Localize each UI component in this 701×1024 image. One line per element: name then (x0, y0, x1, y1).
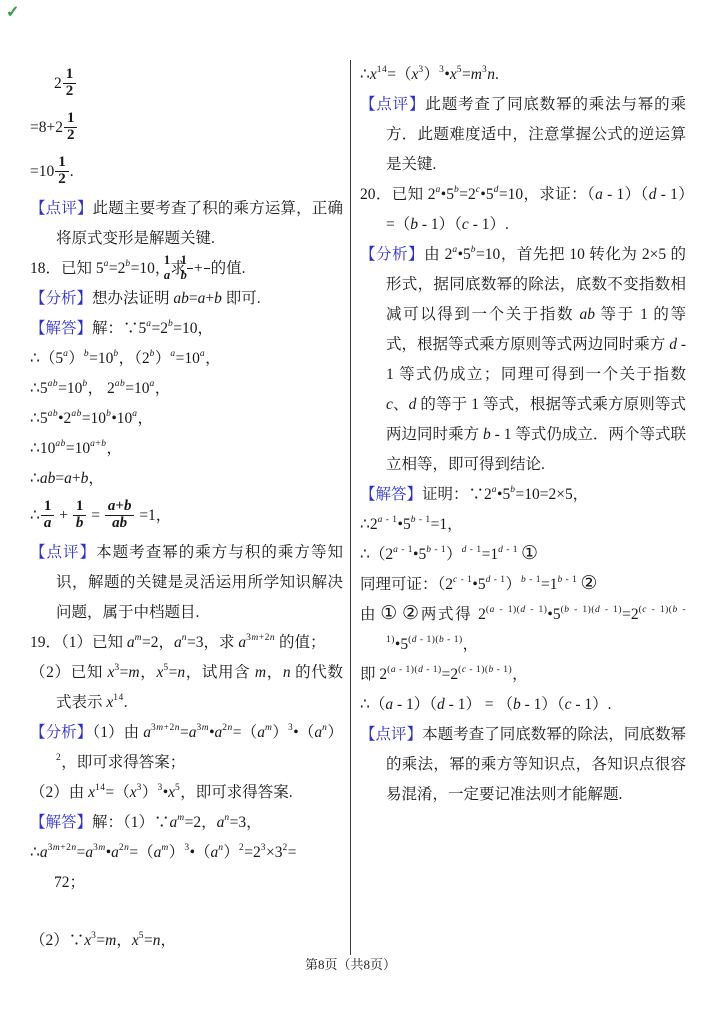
section-label: 【解答】 (30, 320, 92, 337)
section-label: 【点评】 (360, 726, 422, 743)
fraction: 12 (63, 67, 77, 101)
expr-continuation: 212=8+212=1012. (30, 62, 343, 194)
math-block: ∴x14=（x3）3•x5=m3n. (360, 60, 686, 90)
text-line: ∴x14=（x3）3•x5=m3n. (360, 60, 686, 90)
fraction: 1b (204, 254, 210, 282)
section-label: 【点评】 (30, 544, 96, 561)
text-line: =1012. (30, 150, 343, 194)
left-column: 212=8+212=1012.【点评】此题主要考查了积的乘方运算，正确将原式变形… (30, 62, 343, 956)
text-line: 由①②两式得 2(a - 1)(d - 1)•5(b - 1)(d - 1)=2… (360, 600, 686, 660)
text-line: 【点评】此题主要考查了积的乘方运算，正确将原式变形是解题关键. (30, 194, 343, 254)
text-line: 【点评】本题考查幂的乘方与积的乘方等知识，解题的关键是灵活运用所学知识解决问题，… (30, 538, 343, 628)
text-line: ∴1a + 1b = a+bab =1， (30, 494, 343, 538)
text-line: 18．已知 5a=2b=10，求1a+1b的值. (30, 254, 343, 284)
problem-20: 20．已知 2a•5b=2c•5d=10，求证：（a - 1）（d - 1）=（… (360, 180, 686, 240)
text-line: ∴（5a）b=10b，（2b）a=10a， (30, 344, 343, 374)
circled-number: ② (402, 602, 421, 624)
check-icon: ✓ (6, 2, 19, 22)
fraction: 12 (64, 111, 78, 145)
text-line: ∴5ab=10b， 2ab=10a， (30, 374, 343, 404)
problem-19: 19．（1）已知 am=2，an=3，求 a3m+2n 的值； (30, 628, 343, 658)
text-line: （2）已知 x3=m，x5=n，试用含 m，n 的代数式表示 x14. (30, 658, 343, 718)
text-line: ∴（a - 1）（d - 1） = （b - 1）（c - 1）. (360, 690, 686, 720)
fraction: 1a (187, 254, 193, 282)
text-line: 同理可证：（2c - 1•5d - 1）b - 1=1b - 1② (360, 570, 686, 600)
fraction: 12 (55, 155, 69, 189)
section-label: 【分析】 (30, 290, 92, 307)
paragraph: （2）已知 x3=m，x5=n，试用含 m，n 的代数式表示 x14. (30, 658, 343, 718)
text-line: ∴10ab=10a+b， (30, 434, 343, 464)
text-line: ∴a3m+2n=a3m•a2n=（am）3•（an）2=23×32= (30, 838, 343, 868)
circled-number: ① (380, 602, 399, 624)
paragraph: 【分析】想办法证明 ab=a+b 即可. (30, 284, 343, 314)
text-line: 【解答】解：∵5a=2b=10， (30, 314, 343, 344)
text-line: 212 (30, 62, 343, 106)
circled-number: ① (521, 542, 538, 564)
math-block: 【解答】证明：∵2a•5b=10=2×5，∴2a - 1•5b - 1=1，∴（… (360, 480, 686, 720)
section-label: 【分析】 (360, 246, 424, 263)
math-block: 【解答】解：∵5a=2b=10，∴（5a）b=10b，（2b）a=10a，∴5a… (30, 314, 343, 538)
right-column: ∴x14=（x3）3•x5=m3n.【点评】此题考查了同底数幂的乘法与幂的乘方．… (360, 60, 686, 810)
paragraph: 【分析】由 2a•5b=10，首先把 10 转化为 2×5 的形式，据同底数幂的… (360, 240, 686, 480)
text-line: 【分析】（1）由 a3m+2n=a3m•a2n=（am）3•（an）2，即可求得… (30, 718, 343, 778)
text-line: 72； (30, 868, 343, 898)
text-line: 【点评】本题考查了同底数幂的除法，同底数幂的乘法，幂的乘方等知识点，各知识点很容… (360, 720, 686, 810)
text-line: 19．（1）已知 am=2，an=3，求 a3m+2n 的值； (30, 628, 343, 658)
text-line: 【点评】此题考查了同底数幂的乘法与幂的乘方．此题难度适中，注意掌握公式的逆运算是… (360, 90, 686, 180)
text-line: ∴ab=a+b， (30, 464, 343, 494)
text-line: 【分析】由 2a•5b=10，首先把 10 转化为 2×5 的形式，据同底数幂的… (360, 240, 686, 480)
fraction: 1a (41, 499, 55, 533)
page-footer: 第8页（共8页） (0, 956, 701, 974)
text-line: 【分析】想办法证明 ab=a+b 即可. (30, 284, 343, 314)
section-label: 【解答】 (360, 486, 422, 503)
fraction: a+bab (105, 499, 135, 533)
section-label: 【点评】 (30, 200, 93, 217)
text-line: （2）∵x3=m，x5=n， (30, 926, 343, 956)
text-line: 即 2(a - 1)(d - 1)=2(c - 1)(b - 1)， (360, 660, 686, 690)
paragraph: 【分析】（1）由 a3m+2n=a3m•a2n=（am）3•（an）2，即可求得… (30, 718, 343, 778)
document-page: ✓ 212=8+212=1012.【点评】此题主要考查了积的乘方运算，正确将原式… (0, 0, 701, 1024)
paragraph: 【点评】此题主要考查了积的乘方运算，正确将原式变形是解题关键. (30, 194, 343, 254)
paragraph: 【点评】本题考查幂的乘方与积的乘方等知识，解题的关键是灵活运用所学知识解决问题，… (30, 538, 343, 628)
text-line: 【解答】证明：∵2a•5b=10=2×5， (360, 480, 686, 510)
paragraph: 【点评】此题考查了同底数幂的乘法与幂的乘方．此题难度适中，注意掌握公式的逆运算是… (360, 90, 686, 180)
section-label: 【解答】 (30, 814, 92, 831)
text-line: （2）由 x14=（x3）3•x5，即可求得答案. (30, 778, 343, 808)
paragraph: 【点评】本题考查了同底数幂的除法，同底数幂的乘法，幂的乘方等知识点，各知识点很容… (360, 720, 686, 810)
text-line: ∴5ab•2ab=10b•10a， (30, 404, 343, 434)
section-label: 【点评】 (360, 96, 425, 113)
section-label: 【分析】 (30, 724, 92, 741)
circled-number: ② (580, 572, 597, 594)
text-line: ∴（2a - 1•5b - 1）d - 1=1d - 1① (360, 540, 686, 570)
text-line: 【解答】解：（1）∵am=2，an=3， (30, 808, 343, 838)
text-line: 20．已知 2a•5b=2c•5d=10，求证：（a - 1）（d - 1）=（… (360, 180, 686, 240)
text-line: ∴2a - 1•5b - 1=1， (360, 510, 686, 540)
text-line (30, 898, 343, 926)
fraction: 1b (73, 499, 87, 533)
paragraph: （2）由 x14=（x3）3•x5，即可求得答案. (30, 778, 343, 808)
problem-18: 18．已知 5a=2b=10，求1a+1b的值. (30, 254, 343, 284)
math-block: 【解答】解：（1）∵am=2，an=3，∴a3m+2n=a3m•a2n=（am）… (30, 808, 343, 956)
column-divider (350, 60, 351, 955)
text-line: =8+212 (30, 106, 343, 150)
